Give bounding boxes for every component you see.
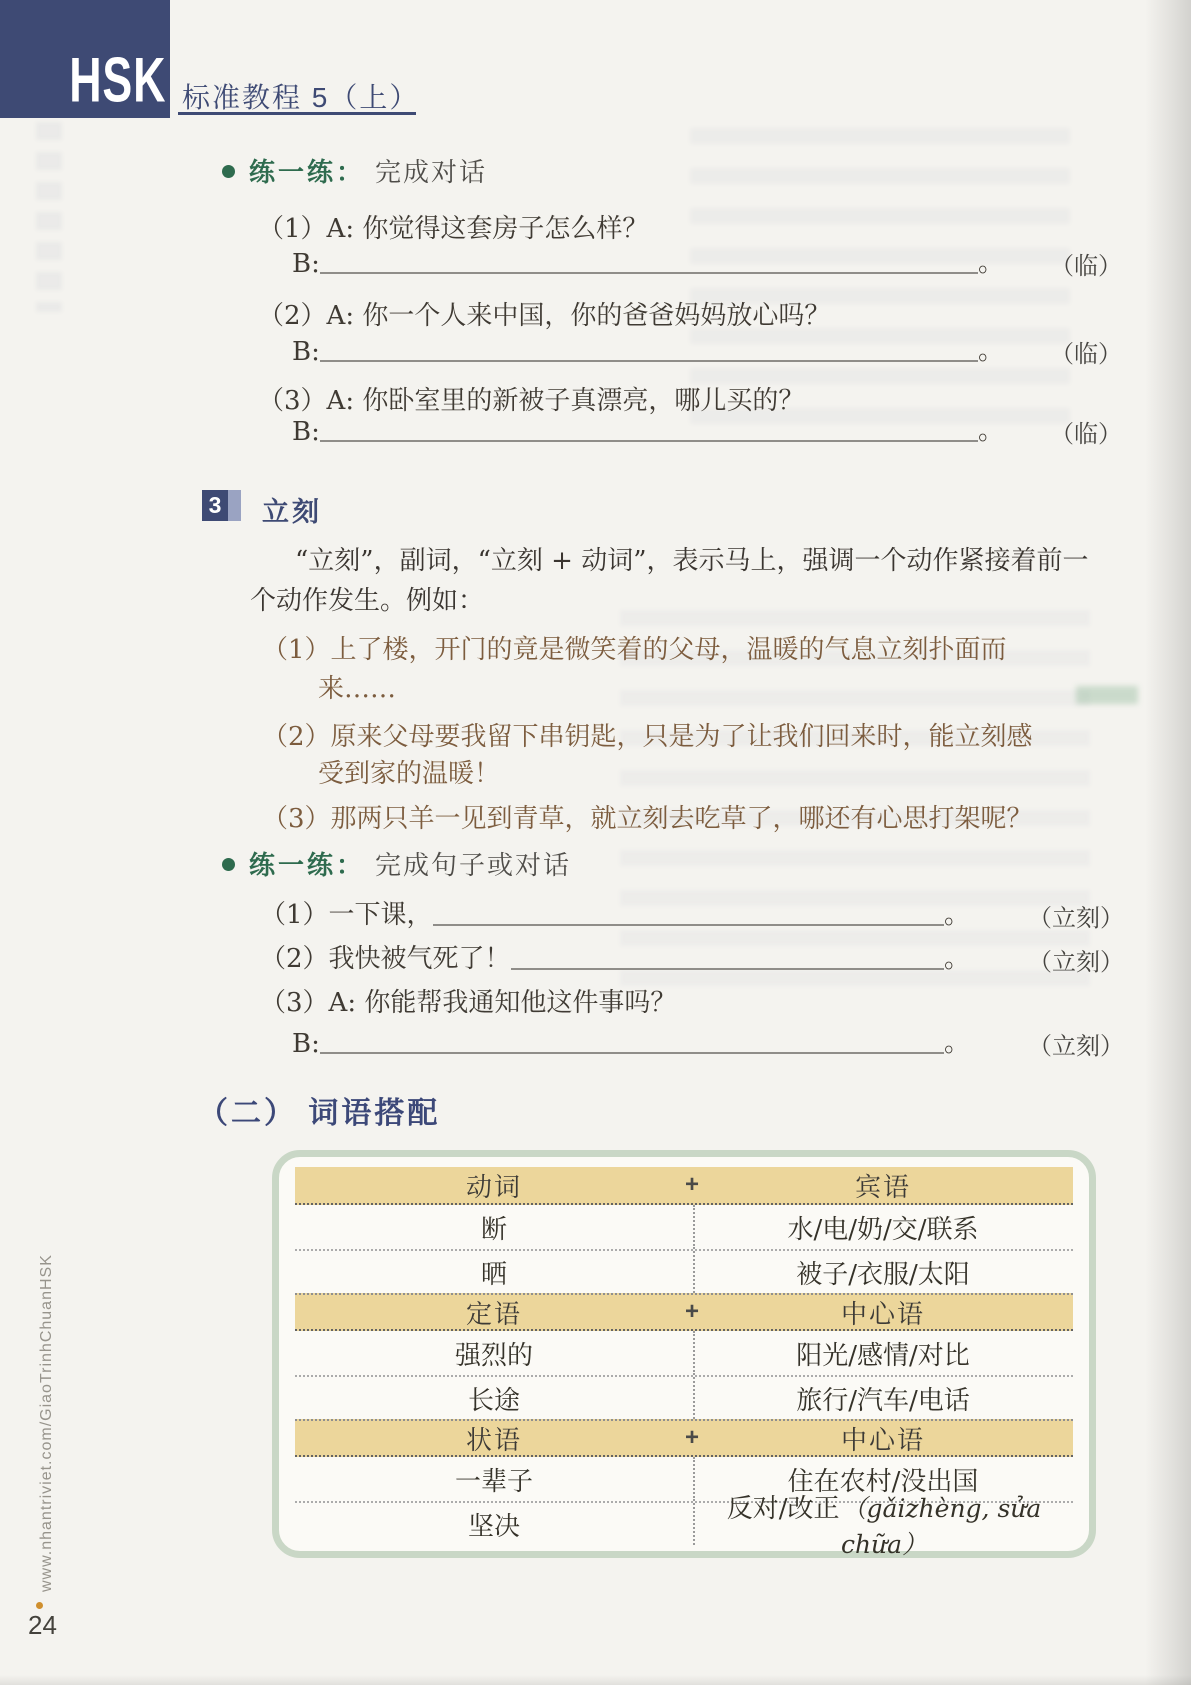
sidebar-url: www.nhantriviet.com/GiaoTrinhChuanHSK	[38, 1218, 56, 1592]
example-number: （2）	[262, 722, 331, 752]
grammar-point-title: 立刻	[262, 490, 322, 529]
practice1-item2-question: （2）A: 你一个人来中国，你的爸爸妈妈放心吗？	[258, 295, 830, 332]
table-row: 坚决 反对/改正（gǎizhèng, sửa chữa）	[295, 1501, 1073, 1545]
cell-right: 反对/改正（gǎizhèng, sửa chữa）	[695, 1488, 1073, 1561]
grammar-explanation-line1: “立刻”，副词，“立刻 + 动词”，表示马上，强调一个动作紧接着前一	[295, 540, 1088, 577]
cell-left: 断	[295, 1205, 695, 1249]
example-text: 原来父母要我留下串钥匙，只是为了让我们回来时，能立刻感	[331, 722, 1033, 752]
grammar-explanation-line2: 个动作发生。例如：	[250, 580, 484, 617]
period: 。	[944, 1022, 970, 1059]
scan-edge-right	[1145, 0, 1191, 1685]
table-header-row: 状语 + 中心语	[295, 1419, 1073, 1457]
collocation-table: 动词 + 宾语 断 水/电/奶/交/联系 晒 被子/衣服/太阳 定语 + 中心语…	[272, 1150, 1096, 1558]
cell-right: 被子/衣服/太阳	[695, 1254, 1073, 1291]
practice1-item2-answer[interactable]: B:。	[292, 330, 1004, 367]
practice1-item3-answer[interactable]: B:。	[292, 410, 1004, 447]
answer-blank[interactable]	[320, 272, 978, 274]
period: 。	[978, 330, 1004, 367]
header-right: 中心语	[693, 1294, 1073, 1331]
bullet-icon	[222, 165, 235, 178]
speaker-b: B:	[292, 337, 320, 367]
scan-edge-bottom	[0, 1675, 1191, 1685]
answer-blank[interactable]	[320, 440, 978, 442]
example1-line1: （1）上了楼，开门的竟是微笑着的父母，温暖的气息立刻扑面而	[262, 629, 1007, 666]
hint-like-1: （立刻）	[1028, 898, 1124, 933]
practice2-item1[interactable]: （1）一下课，。	[260, 894, 970, 931]
cell-left: 坚决	[295, 1503, 695, 1545]
series-title-underline	[178, 112, 416, 115]
answer-blank[interactable]	[433, 924, 944, 926]
textbook-page: HSK 标准教程 5（上） 练一练：完成对话 （1）A: 你觉得这套房子怎么样？…	[0, 0, 1191, 1685]
plus-sign: +	[683, 1171, 703, 1199]
period: 。	[978, 410, 1004, 447]
example1-line2: 来……	[318, 668, 396, 705]
series-title: 标准教程 5（上）	[182, 76, 419, 116]
answer-blank[interactable]	[320, 1052, 944, 1054]
hint-lin-3: （临）	[1050, 414, 1122, 449]
answer-blank[interactable]	[320, 360, 978, 362]
cell-left: 一辈子	[295, 1457, 695, 1501]
grammar-point-number: 3	[202, 490, 228, 521]
cell-left: 长途	[295, 1377, 695, 1419]
question-text: 你能帮我通知他这件事吗？	[364, 988, 676, 1018]
hint-like-3: （立刻）	[1028, 1026, 1124, 1061]
example2-line2: 受到家的温暖！	[318, 753, 500, 790]
practice2-item2[interactable]: （2）我快被气死了！。	[260, 938, 970, 975]
cell-right-text: 被子/衣服/太阳	[796, 1260, 970, 1290]
example-number: （3）	[262, 804, 331, 834]
bleedthrough-highlight	[1076, 686, 1138, 704]
header-right: 中心语	[693, 1420, 1073, 1457]
hint-like-2: （立刻）	[1028, 942, 1124, 977]
header-left: 定语	[295, 1294, 693, 1331]
table-row: 断 水/电/奶/交/联系	[295, 1205, 1073, 1249]
example-text: 那两只羊一见到青草，就立刻去吃草了，哪还有心思打架呢？	[331, 804, 1033, 834]
orange-dot-icon	[36, 1602, 43, 1609]
question-text: 你一个人来中国，你的爸爸妈妈放心吗？	[362, 301, 830, 331]
plus-sign: +	[683, 1424, 703, 1452]
practice2-instruction: 完成句子或对话	[375, 850, 571, 880]
item-number: （1）	[258, 214, 327, 244]
item-number: （2）	[260, 938, 329, 975]
cell-left: 晒	[295, 1251, 695, 1293]
example2-line1: （2）原来父母要我留下串钥匙，只是为了让我们回来时，能立刻感	[262, 716, 1033, 753]
hint-lin-2: （临）	[1050, 334, 1122, 369]
practice1-item1-question: （1）A: 你觉得这套房子怎么样？	[258, 208, 648, 245]
page-number: 24	[28, 1610, 57, 1641]
cell-right-text: 旅行/汽车/电话	[796, 1386, 970, 1416]
item-number: （2）	[258, 301, 327, 331]
speaker-a: A:	[327, 301, 355, 331]
example3-line1: （3）那两只羊一见到青草，就立刻去吃草了，哪还有心思打架呢？	[262, 798, 1033, 835]
practice2-label-row: 练一练：完成句子或对话	[222, 845, 571, 882]
cell-right-text: 水/电/奶/交/联系	[787, 1215, 978, 1245]
sentence-prefix: 一下课，	[329, 894, 433, 931]
table-header-row: 定语 + 中心语	[295, 1293, 1073, 1331]
hsk-logo: HSK	[69, 43, 166, 116]
table-row: 强烈的 阳光/感情/对比	[295, 1331, 1073, 1375]
cell-right: 阳光/感情/对比	[695, 1335, 1073, 1372]
cell-right-text: 反对/改正	[727, 1494, 840, 1524]
practice1-item1-answer[interactable]: B:。	[292, 242, 1004, 279]
speaker-b: B:	[292, 249, 320, 279]
header-left: 状语	[295, 1420, 693, 1457]
hsk-logo-block: HSK	[0, 0, 170, 118]
practice2-item3-question: （3）A: 你能帮我通知他这件事吗？	[260, 982, 676, 1019]
answer-blank[interactable]	[511, 968, 944, 970]
cell-right: 旅行/汽车/电话	[695, 1380, 1073, 1417]
question-text: 你觉得这套房子怎么样？	[362, 214, 648, 244]
practice1-instruction: 完成对话	[375, 157, 487, 187]
practice2-item3-answer[interactable]: B:。	[292, 1022, 970, 1059]
example-number: （1）	[262, 635, 331, 665]
speaker-b: B:	[292, 1029, 320, 1059]
example-text: 上了楼，开门的竟是微笑着的父母，温暖的气息立刻扑面而	[331, 635, 1007, 665]
table-row: 晒 被子/衣服/太阳	[295, 1249, 1073, 1293]
bleedthrough-left-strip	[36, 122, 62, 312]
table-header-row: 动词 + 宾语	[295, 1167, 1073, 1205]
plus-sign: +	[683, 1298, 703, 1326]
section2-heading: （二） 词语搭配	[198, 1088, 440, 1132]
cell-left: 强烈的	[295, 1331, 695, 1375]
speaker-b: B:	[292, 417, 320, 447]
grammar-point-badge-tail	[228, 490, 241, 521]
cell-right-note: （gǎizhèng, sửa chữa）	[841, 1494, 1041, 1559]
period: 。	[944, 894, 970, 931]
header-right: 宾语	[693, 1167, 1073, 1204]
cell-right-text: 阳光/感情/对比	[796, 1341, 970, 1371]
sentence-prefix: 我快被气死了！	[329, 938, 511, 975]
hint-lin-1: （临）	[1050, 246, 1122, 281]
item-number: （1）	[260, 894, 329, 931]
table-row: 长途 旅行/汽车/电话	[295, 1375, 1073, 1419]
practice1-label-row: 练一练：完成对话	[222, 152, 487, 189]
speaker-a: A:	[327, 214, 355, 244]
practice2-label: 练一练：	[249, 850, 365, 880]
header-left: 动词	[295, 1167, 693, 1204]
period: 。	[978, 242, 1004, 279]
practice1-label: 练一练：	[249, 157, 365, 187]
speaker-a: A:	[329, 988, 357, 1018]
cell-right: 水/电/奶/交/联系	[695, 1209, 1073, 1246]
period: 。	[944, 938, 970, 975]
item-number: （3）	[260, 988, 329, 1018]
bullet-icon	[222, 858, 235, 871]
